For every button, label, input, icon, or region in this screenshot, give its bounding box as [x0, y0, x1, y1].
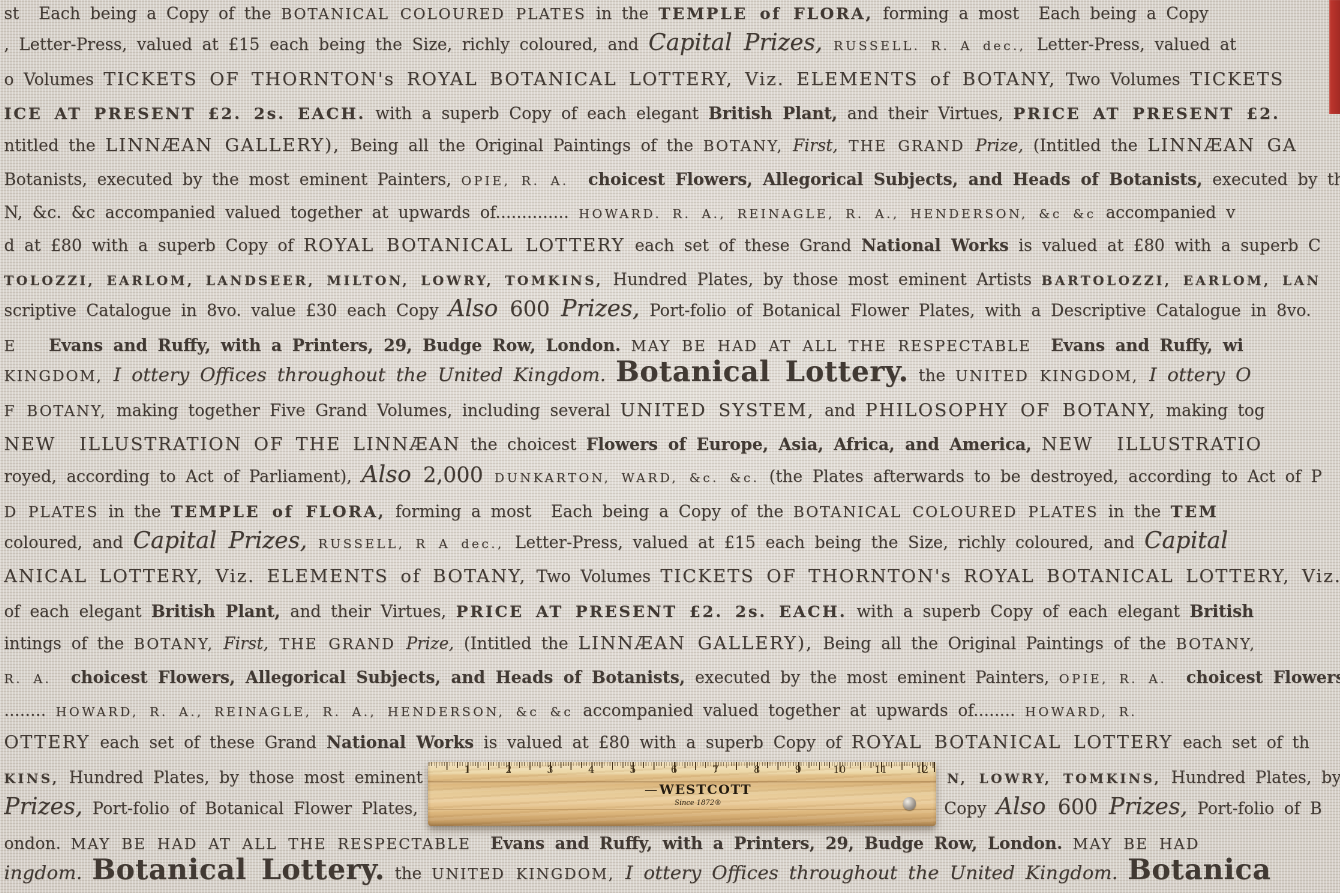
text-fragment: N, &c. &c accompanied valued together at… — [4, 203, 1235, 222]
text-fragment: , Letter-Press, valued at £15 each being… — [4, 30, 1236, 56]
text-line: o Volumes TICKETS OF THORNTON's ROYAL BO… — [4, 61, 1340, 94]
text-fragment: coloured, and Capital Prizes, RUSSELL, R… — [4, 528, 1228, 554]
text-line: scriptive Catalogue in 8vo. value £30 ea… — [4, 294, 1340, 327]
ruler-number: 1 — [464, 765, 470, 776]
text-line: ........ HOWARD, R. A., REINAGLE, R. A.,… — [4, 692, 1340, 725]
text-line: TOLOZZI, EARLOM, LANDSEER, MILTON, LOWRY… — [4, 261, 1340, 294]
text-line: KINGDOM, I ottery Offices throughout the… — [4, 360, 1340, 393]
text-fragment: st Each being a Copy of the BOTANICAL CO… — [4, 4, 1209, 23]
ruler-number: 4 — [588, 765, 594, 776]
ruler-number: 10 — [833, 765, 846, 776]
fabric-photo: st Each being a Copy of the BOTANICAL CO… — [0, 0, 1340, 893]
ruler-number: 5 — [630, 765, 636, 776]
text-fragment: ingdom. Botanical Lottery. the UNITED KI… — [4, 853, 1271, 886]
text-line: ICE AT PRESENT £2. 2s. EACH. with a supe… — [4, 95, 1340, 128]
text-fragment: OTTERY each set of these Grand National … — [4, 732, 1310, 753]
text-line: NEW ILLUSTRATION OF THE LINNÆAN the choi… — [4, 426, 1340, 459]
text-fragment: ICE AT PRESENT £2. 2s. EACH. with a supe… — [4, 104, 1280, 123]
fabric-text: st Each being a Copy of the BOTANICAL CO… — [4, 0, 1340, 891]
text-fragment: D PLATES in the TEMPLE of FLORA, forming… — [4, 502, 1218, 521]
text-fragment: ntitled the LINNÆAN GALLERY), Being all … — [4, 135, 1297, 156]
text-fragment: NEW ILLUSTRATION OF THE LINNÆAN the choi… — [4, 434, 1262, 455]
ruler-number: 8 — [754, 765, 760, 776]
text-line: st Each being a Copy of the BOTANICAL CO… — [4, 0, 1340, 28]
ruler-brand: Westcott Since 1872® — [633, 783, 763, 807]
text-line: intings of the BOTANY, First, THE GRAND … — [4, 626, 1340, 659]
text-fragment: N, LOWRY, TOMKINS, Hundred Plates, by — [947, 768, 1340, 787]
text-line: d at £80 with a superb Copy of ROYAL BOT… — [4, 227, 1340, 260]
ruler-number: 2 — [506, 765, 512, 776]
text-line: , Letter-Press, valued at £15 each being… — [4, 28, 1340, 61]
ruler-number: 6 — [671, 765, 677, 776]
selvage-red-stripe — [1329, 0, 1340, 114]
text-line: ntitled the LINNÆAN GALLERY), Being all … — [4, 128, 1340, 161]
ruler: 123456789101112 Westcott Since 1872® — [428, 762, 936, 826]
text-line: D PLATES in the TEMPLE of FLORA, forming… — [4, 493, 1340, 526]
text-fragment: E Evans and Ruffy, with a Printers, 29, … — [4, 336, 1243, 355]
text-line: OTTERY each set of these Grand National … — [4, 725, 1340, 758]
ruler-rivet — [903, 797, 916, 810]
ruler-number: 7 — [712, 765, 718, 776]
text-fragment: Copy Also 600 Prizes, Port-folio of B — [944, 794, 1322, 820]
text-line: R. A. choicest Flowers, Allegorical Subj… — [4, 659, 1340, 692]
text-fragment: of each elegant British Plant, and their… — [4, 602, 1254, 621]
text-line: of each elegant British Plant, and their… — [4, 592, 1340, 625]
text-fragment: o Volumes TICKETS OF THORNTON's ROYAL BO… — [4, 69, 1284, 90]
text-fragment: intings of the BOTANY, First, THE GRAND … — [4, 633, 1256, 654]
ruler-number: 9 — [795, 765, 801, 776]
text-line: N, &c. &c accompanied valued together at… — [4, 194, 1340, 227]
text-fragment: ondon. MAY BE HAD AT ALL THE RESPECTABLE… — [4, 834, 1200, 853]
text-fragment: scriptive Catalogue in 8vo. value £30 ea… — [4, 296, 1311, 322]
text-line: coloured, and Capital Prizes, RUSSELL, R… — [4, 526, 1340, 559]
text-fragment: R. A. choicest Flowers, Allegorical Subj… — [4, 668, 1340, 687]
ruler-number: 12 — [916, 765, 929, 776]
text-fragment: royed, according to Act of Parliament), … — [4, 462, 1322, 488]
text-line: ingdom. Botanical Lottery. the UNITED KI… — [4, 858, 1340, 891]
text-line: Botanists, executed by the most eminent … — [4, 161, 1340, 194]
ruler-number: 11 — [874, 765, 887, 776]
text-line: royed, according to Act of Parliament), … — [4, 460, 1340, 493]
text-fragment: F BOTANY, making together Five Grand Vol… — [4, 400, 1265, 421]
text-fragment: TOLOZZI, EARLOM, LANDSEER, MILTON, LOWRY… — [4, 270, 1321, 289]
ruler-brand-name: Westcott — [633, 783, 763, 798]
text-line: F BOTANY, making together Five Grand Vol… — [4, 393, 1340, 426]
text-fragment: ........ HOWARD, R. A., REINAGLE, R. A.,… — [4, 701, 1137, 720]
text-fragment: d at £80 with a superb Copy of ROYAL BOT… — [4, 235, 1321, 256]
ruler-brand-tagline: Since 1872® — [633, 799, 763, 807]
text-fragment: Botanists, executed by the most eminent … — [4, 170, 1340, 189]
text-fragment: ANICAL LOTTERY, Viz. ELEMENTS of BOTANY,… — [4, 566, 1340, 587]
ruler-number: 3 — [547, 765, 553, 776]
text-line: ANICAL LOTTERY, Viz. ELEMENTS of BOTANY,… — [4, 559, 1340, 592]
text-fragment: KINGDOM, I ottery Offices throughout the… — [4, 355, 1251, 388]
